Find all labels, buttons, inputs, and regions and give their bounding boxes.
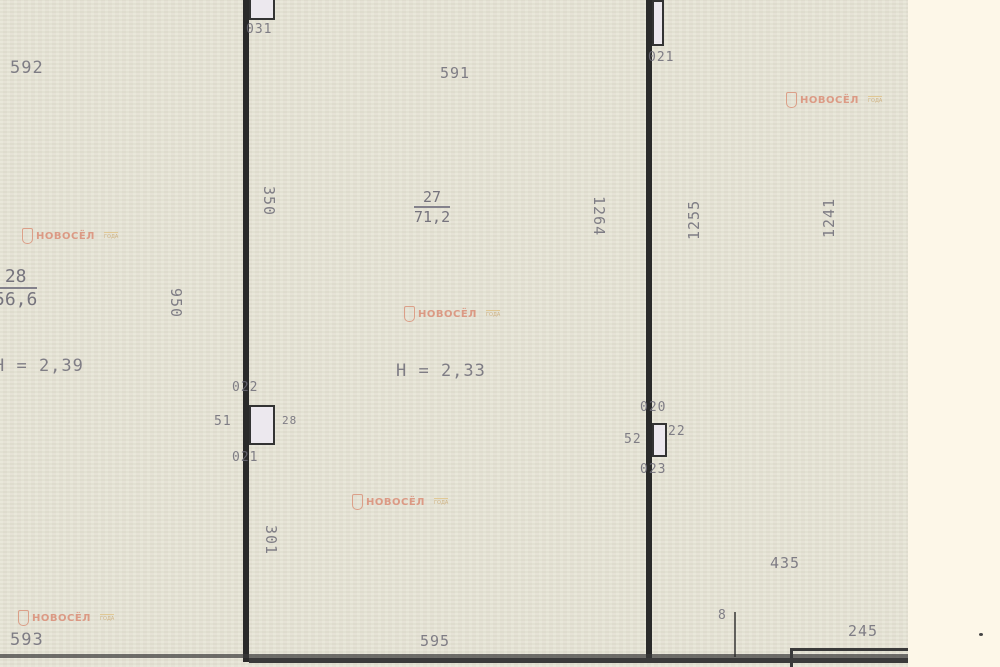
brand-logo-icon	[352, 494, 363, 510]
dim-right-right-vertical: 1241	[820, 198, 838, 238]
brand-logo-icon	[404, 306, 415, 322]
dim-bottom-marker: 8	[718, 608, 727, 623]
dim-bottom-center: 595	[420, 632, 450, 650]
dim-door-right-side-b: 22	[668, 424, 686, 439]
watermark: НОВОСЁЛ ГОДА	[786, 92, 882, 108]
dim-left-vertical: 950	[167, 288, 185, 318]
wall-left	[243, 0, 249, 662]
dim-door-left-bottom: 021	[232, 450, 258, 465]
dim-door-left-side-a: 51	[214, 414, 232, 429]
door-middle-left	[249, 405, 275, 445]
room-28-height: H = 2,39	[0, 356, 84, 376]
door-middle-right	[652, 423, 667, 457]
room-27-height: H = 2,33	[396, 361, 486, 381]
brand-logo-icon	[22, 228, 33, 244]
wall-right	[646, 0, 652, 662]
scan-speck	[979, 633, 983, 636]
dim-top-door-left: 031	[246, 22, 272, 37]
dim-top-left: 592	[10, 58, 44, 78]
wall-bottom-step	[790, 648, 908, 651]
room-27-label: 27 71,2	[414, 188, 450, 226]
door-top-left	[249, 0, 275, 20]
marker-line	[734, 612, 736, 657]
watermark: НОВОСЁЛ ГОДА	[404, 306, 500, 322]
wall-bottom-step-v	[790, 648, 793, 667]
dim-top-center: 591	[440, 64, 470, 82]
dim-door-right-top: 020	[640, 400, 666, 415]
floor-plan-scan: 28 56,6 H = 2,39 27 71,2 H = 2,33 592 59…	[0, 0, 908, 667]
dim-right-lower: 435	[770, 554, 800, 572]
brand-logo-icon	[18, 610, 29, 626]
dim-center-right-vertical: 1264	[590, 196, 608, 236]
dim-right-left-vertical: 1255	[685, 200, 703, 240]
dim-center-left-vertical: 350	[260, 186, 278, 216]
dim-lower-center-vertical: 301	[262, 525, 280, 555]
brand-logo-icon	[786, 92, 797, 108]
watermark: НОВОСЁЛ ГОДА	[22, 228, 118, 244]
door-top-right	[652, 0, 664, 46]
room-28-label: 28 56,6	[0, 266, 37, 310]
dim-bottom-right: 245	[848, 622, 878, 640]
watermark: НОВОСЁЛ ГОДА	[352, 494, 448, 510]
dim-door-right-bottom: 023	[640, 462, 666, 477]
dim-door-right-side-a: 52	[624, 432, 642, 447]
dim-top-door-right: 021	[648, 50, 674, 65]
dim-bottom-left: 593	[10, 630, 44, 650]
dim-door-left-side-b: 28	[282, 414, 297, 427]
dim-door-left-top: 022	[232, 380, 258, 395]
watermark: НОВОСЁЛ ГОДА	[18, 610, 114, 626]
wall-bottom-inner	[249, 658, 908, 663]
